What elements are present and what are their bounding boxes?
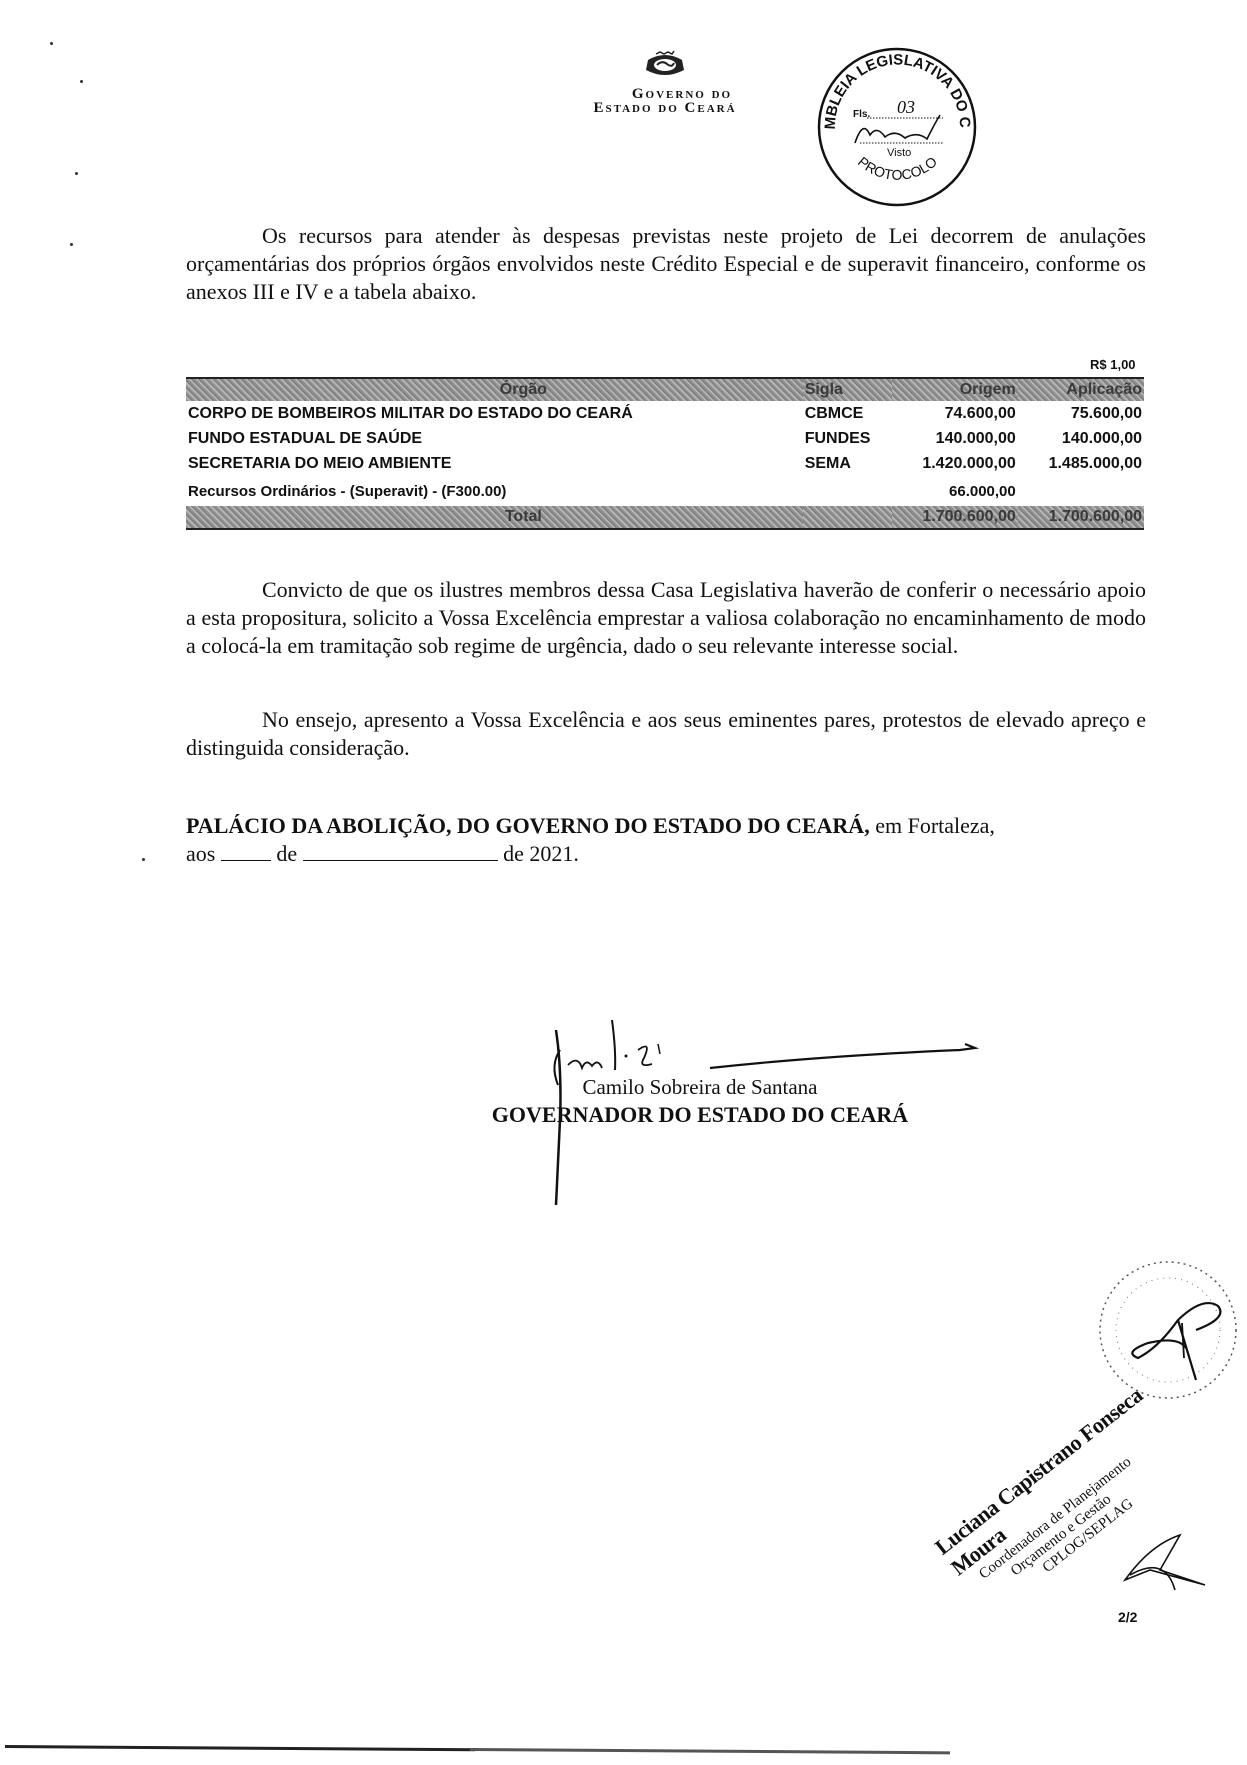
stamp-fls-value: 03 — [897, 97, 915, 117]
request-paragraph: Convicto de que os ilustres membros dess… — [186, 576, 1146, 660]
svg-text:ASSEMBLEIA LEGISLATIVA DO CEAR: ASSEMBLEIA LEGISLATIVA DO CEARÁ — [815, 45, 973, 130]
stamp-arc-top: ASSEMBLEIA LEGISLATIVA DO CEARÁ — [815, 45, 973, 130]
place-date-line: PALÁCIO DA ABOLIÇÃO, DO GOVERNO DO ESTAD… — [186, 812, 1146, 868]
palace-name: PALÁCIO DA ABOLIÇÃO, DO GOVERNO DO ESTAD… — [186, 813, 870, 838]
city: em Fortaleza, — [870, 813, 995, 838]
total-origem: 1.700.600,00 — [892, 506, 1018, 529]
signer-name: Camilo Sobreira de Santana — [500, 1075, 900, 1100]
scan-speck — [80, 80, 83, 83]
scan-speck — [70, 243, 73, 246]
total-label: Total — [186, 506, 803, 529]
budget-table: Órgão Sigla Origem Aplicação CORPO DE BO… — [186, 377, 1144, 530]
month-blank — [303, 840, 498, 861]
superavit-row: Recursos Ordinários - (Superavit) - (F30… — [186, 476, 1144, 506]
total-row: Total 1.700.600,00 1.700.600,00 — [186, 506, 1144, 529]
coordinator-initials — [950, 1460, 1247, 1680]
scan-speck — [142, 858, 145, 861]
protocol-stamp: ASSEMBLEIA LEGISLATIVA DO CEARÁ PROTOCOL… — [815, 45, 980, 210]
signer-title: GOVERNADOR DO ESTADO DO CEARÁ — [400, 1102, 1000, 1128]
table-row: CORPO DE BOMBEIROS MILITAR DO ESTADO DO … — [186, 401, 1144, 426]
footer-rule — [5, 1745, 475, 1751]
day-blank — [221, 840, 271, 861]
footer-rule-continuation — [470, 1748, 950, 1754]
scan-speck — [50, 42, 53, 45]
page-number: 2/2 — [1118, 1609, 1137, 1625]
header-origem: Origem — [892, 378, 1018, 401]
state-coat-of-arms-icon — [642, 50, 688, 78]
table-header-row: Órgão Sigla Origem Aplicação — [186, 378, 1144, 401]
government-line-1: Governo do — [594, 87, 770, 101]
stamp-visto-label: Visto — [887, 147, 911, 159]
regards-paragraph: No ensejo, apresento a Vossa Excelência … — [186, 706, 1146, 762]
resources-paragraph: Os recursos para atender às despesas pre… — [186, 222, 1146, 306]
total-aplicacao: 1.700.600,00 — [1018, 506, 1144, 529]
header-sigla: Sigla — [803, 378, 892, 401]
header-orgao: Órgão — [186, 378, 803, 401]
scan-speck — [75, 172, 78, 175]
government-letterhead: Governo do Estado do Ceará — [560, 50, 770, 115]
header-aplicacao: Aplicação — [1018, 378, 1144, 401]
table-row: FUNDO ESTADUAL DE SAÚDE FUNDES 140.000,0… — [186, 426, 1144, 451]
table-row: SECRETARIA DO MEIO AMBIENTE SEMA 1.420.0… — [186, 451, 1144, 476]
currency-unit: R$ 1,00 — [1090, 357, 1136, 372]
government-line-2: Estado do Ceará — [560, 101, 770, 115]
